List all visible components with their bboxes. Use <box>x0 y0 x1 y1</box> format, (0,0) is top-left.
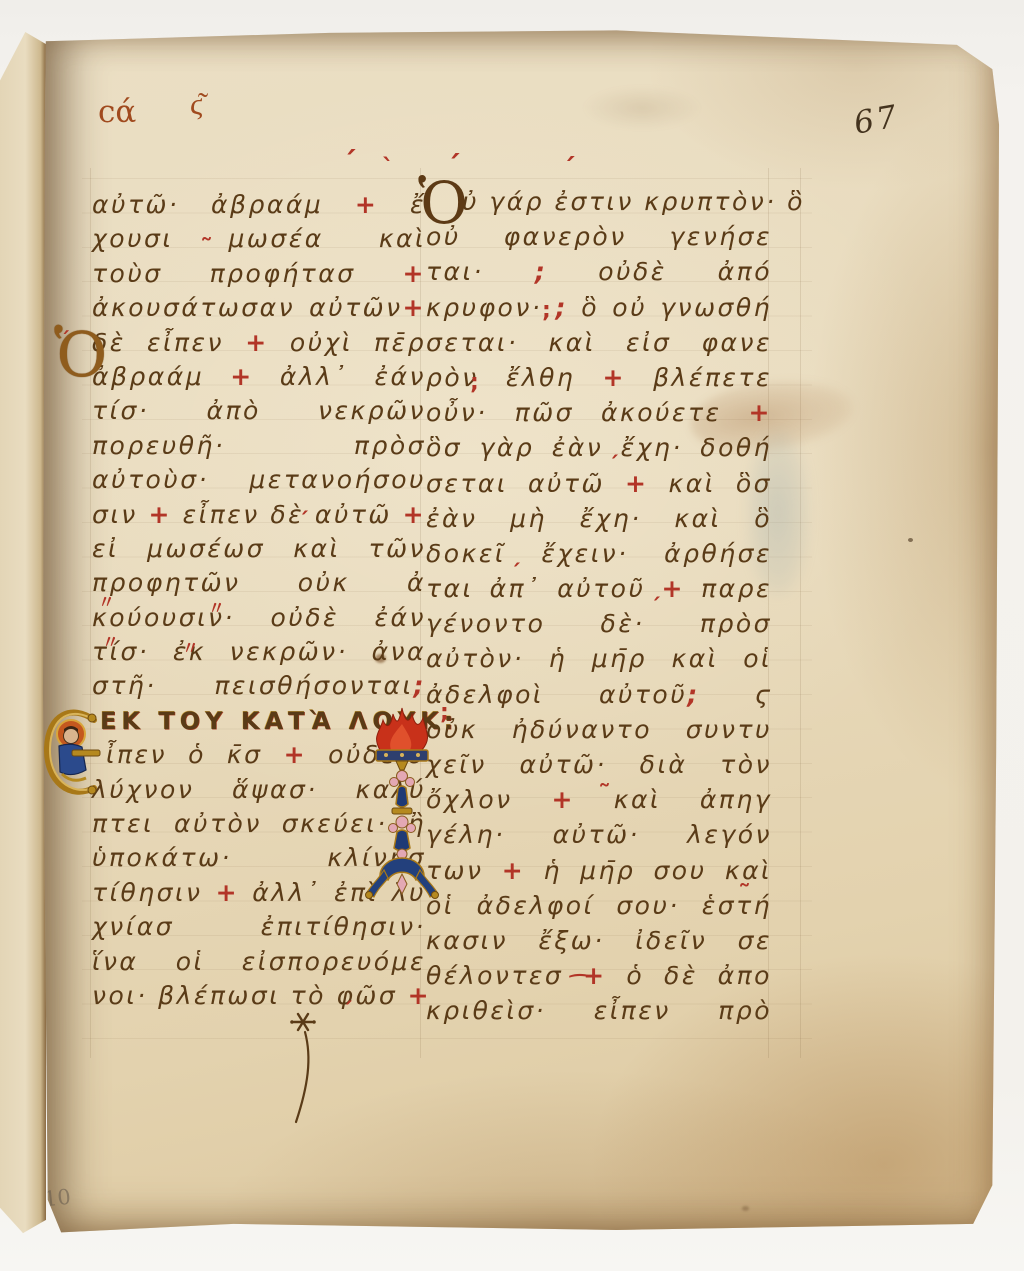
ink-text: οὐ φανερὸν γενήσε <box>426 222 772 251</box>
text-line: αὐτῶ· ἀβραάμ + ἔ <box>92 188 426 222</box>
quire-mark-left: ϲά <box>98 94 136 130</box>
text-line: τίσ· ἐκ νεκρῶν· ἀνα <box>92 635 426 669</box>
text-line: ὄχλον + καὶ ἀπηγ <box>426 782 772 817</box>
ink-text: θέλοντεσ <box>426 961 583 990</box>
ink-text: ἀκουσάτωσαν αὐτῶν <box>92 293 403 322</box>
text-line: αὐτὸν· ἡ μη̄ρ καὶ οἱ <box>426 641 772 676</box>
red-lection-mark: ˊ <box>342 146 357 181</box>
ink-text: ἡ μη̄ρ σου καὶ <box>525 856 772 885</box>
text-line: ὐ γάρ ἐστιν κρυπτὸν· ὃ <box>426 184 772 219</box>
face <box>64 729 79 744</box>
ink-text: ὃ οὐ γνωσθή <box>568 293 772 322</box>
ink-text: ἐὰν μὴ ἔχη· καὶ ὃ <box>426 504 772 533</box>
ink-text: ὁ δὲ ἀπο <box>607 961 772 990</box>
rubric-mark: + <box>403 293 426 322</box>
ink-text: αὐτὸν· ἡ μη̄ρ καὶ οἱ <box>426 644 772 673</box>
ink-text: ὃσ γὰρ ἐὰν ἔχη· δοθή <box>426 433 772 462</box>
text-line: τοὺσ προφήτασ + <box>92 257 426 291</box>
text-column-right: ὐ γάρ ἐστιν κρυπτὸν· ὃοὐ φανερὸν γενήσετ… <box>426 184 772 1029</box>
text-line: οὐ φανερὸν γενήσε <box>426 219 772 254</box>
speck <box>908 538 913 542</box>
lampstand-with-flame <box>358 704 446 902</box>
manuscript-page: ϲά ϛ͂ 67 10 αὐτῶ· ἀβραάμ + ἔχουσι μωσέα … <box>42 28 1000 1236</box>
speck <box>742 1206 749 1211</box>
ink-text: σεται αὐτῶ <box>426 469 625 498</box>
text-line: στῆ· πεισθήσονται; <box>92 669 426 703</box>
candlestick-ornament <box>358 704 446 906</box>
text-line: κρυφον· ; ὃ οὐ γνωσθή <box>426 290 772 325</box>
text-line: ἀδελφοὶ αὐτοῦ; ϛ <box>426 677 772 712</box>
ink-text: τοὺσ προφήτασ <box>92 259 403 288</box>
facing-page-edge <box>0 26 46 1238</box>
red-lection-mark: ˊ <box>562 152 576 185</box>
text-line: προφητῶν οὐκ ἀ <box>92 566 426 600</box>
scribal-flourish <box>280 1010 328 1132</box>
ink-text: αὐτῶ· ἀβραάμ <box>92 190 355 219</box>
blue-robe <box>59 744 86 774</box>
pencil-number: 10 <box>43 1185 72 1212</box>
text-line: θέλοντεσ + ὁ δὲ ἀπο <box>426 958 772 993</box>
text-line: γέλη· αὐτῶ· λεγόν <box>426 817 772 852</box>
text-line: ἀκουσάτωσαν αὐτῶν+ <box>92 291 426 325</box>
text-line: των + ἡ μη̄ρ σου καὶ <box>426 853 772 888</box>
ink-text: ἀδελφοὶ αὐτοῦ <box>426 680 687 709</box>
illuminated-initial-epsilon <box>42 706 104 808</box>
text-line: ρὸν ἔλθη + βλέπετε <box>426 360 772 395</box>
text-line: χεῖν αὐτῶ· διὰ τὸν <box>426 747 772 782</box>
stem-baluster <box>396 786 408 807</box>
rubric-mark: + <box>602 363 625 392</box>
rubric-mark: + <box>625 469 648 498</box>
ink-text: ἀβραάμ <box>92 362 230 391</box>
ink-text: χνίασ ἐπιτίθησιν· <box>92 912 426 941</box>
ink-text: χουσι μωσέα καὶ <box>92 224 426 253</box>
red-lection-mark: ˋ <box>382 154 394 182</box>
text-line: κούουσιν· οὐδὲ ἐάν <box>92 601 426 635</box>
ink-text: κρυφον· <box>426 293 556 322</box>
rubric-mark: ; <box>556 293 569 322</box>
rubric-mark: + <box>502 856 525 885</box>
rubric-mark: + <box>149 500 172 529</box>
ink-text: τίθησιν <box>92 878 216 907</box>
ink-text: τίσ· ἐκ νεκρῶν· ἀνα <box>92 637 426 666</box>
ink-text: αὐτοὺσ· μετανοήσου <box>92 465 426 494</box>
text-line: ἵνα οἱ εἰσπορευόμε <box>92 945 426 979</box>
text-line: δοκεῖ ἔχειν· ἀρθήσε <box>426 536 772 571</box>
rubric-mark: ; <box>414 671 427 700</box>
ink-text: ρὸν ἔλθη <box>426 363 602 392</box>
text-line: οἱ ἀδελφοί σου· ἑστή <box>426 888 772 923</box>
text-line: ται· ; οὐδὲ ἀπό <box>426 254 772 289</box>
rubric-mark: + <box>583 961 606 990</box>
text-line: νοι· βλέπωσι τὸ φῶσ + <box>92 979 426 1013</box>
text-line: κασιν ἔξω· ἰδεῖν σε <box>426 923 772 958</box>
rubric-mark: ; <box>687 680 700 709</box>
rubric-mark: ; <box>535 257 548 286</box>
ink-text: ϛ <box>700 680 772 709</box>
ink-text: στῆ· πεισθήσονται <box>92 671 414 700</box>
ink-text: οὐχὶ πε̄ρ <box>269 328 426 357</box>
illuminated-epsilon-figure <box>42 706 104 804</box>
folio-number: 67 <box>851 98 902 141</box>
text-line: ἀβραάμ + ἀλλ᾽ ἐάν <box>92 360 426 394</box>
rubric-mark: + <box>230 362 253 391</box>
ink-text: εἰ μωσέωσ καὶ τῶν <box>92 534 426 563</box>
rubric-mark: + <box>662 574 685 603</box>
ink-text: ἵνα οἱ εἰσπορευόμε <box>92 947 426 976</box>
ink-text: οὐδὲ ἀπό <box>547 257 772 286</box>
ink-text: προφητῶν οὐκ ἀ <box>92 568 426 597</box>
ink-text: ὐ γάρ ἐστιν κρυπτὸν· ὃ <box>462 187 805 216</box>
ink-text: κριθεὶσ· εἶπεν πρὸ <box>426 996 772 1025</box>
ink-text: ἶπεν ὁ κ̄σ <box>106 740 284 769</box>
red-lection-mark: ˏ <box>60 310 70 334</box>
rubric-mark: + <box>403 259 426 288</box>
text-line: σεται αὐτῶ + καὶ ὃσ <box>426 466 772 501</box>
ink-text: χεῖν αὐτῶ· διὰ τὸν <box>426 750 772 779</box>
rubric-mark: + <box>216 878 239 907</box>
ink-text: βλέπετε <box>626 363 772 392</box>
ink-text: γέλη· αὐτῶ· λεγόν <box>426 820 772 849</box>
faint-stain <box>582 86 702 130</box>
ink-text: τίσ· ἀπὸ νεκρῶν <box>92 396 426 425</box>
rubric-mark: + <box>355 190 378 219</box>
ink-text: κασιν ἔξω· ἰδεῖν σε <box>426 926 772 955</box>
ruling-vertical <box>90 168 91 1058</box>
ink-text: δὲ εἶπεν <box>92 328 245 357</box>
text-line: οὐκ ἠδύναντο συντυ <box>426 712 772 747</box>
text-line: δὲ εἶπεν + οὐχὶ πε̄ρ <box>92 326 426 360</box>
asterisk-tail-flourish <box>280 1010 328 1128</box>
ink-text: καὶ ἀπηγ <box>575 785 772 814</box>
text-line: ἐὰν μὴ ἔχη· καὶ ὃ <box>426 501 772 536</box>
ink-text: ἔ <box>378 190 426 219</box>
rubric-mark: + <box>245 328 268 357</box>
ink-text: σεται· καὶ εἰσ φανε <box>426 328 772 357</box>
rubric-mark: + <box>284 740 307 769</box>
rubric-mark: + <box>403 500 426 529</box>
text-line: σιν + εἶπεν δὲ αὐτῶ + <box>92 498 426 532</box>
text-line: ται ἀπ᾽ αὐτοῦ + παρε <box>426 571 772 606</box>
ruling-vertical <box>800 168 801 1058</box>
manuscript-photo: { "page": { "folio_number": "67", "quire… <box>0 0 1024 1271</box>
ink-text: πορευθῆ· πρὸσ <box>92 431 426 460</box>
ink-text: εἶπεν δὲ αὐτῶ <box>172 500 403 529</box>
red-lection-mark: ˊ <box>446 150 461 185</box>
text-line: εἰ μωσέωσ καὶ τῶν <box>92 532 426 566</box>
ink-text: καὶ ὃσ <box>648 469 772 498</box>
text-line: οὖν· πῶσ ἀκούετε + <box>426 395 772 430</box>
ink-text: σιν <box>92 500 149 529</box>
text-line: τίσ· ἀπὸ νεκρῶν <box>92 394 426 428</box>
ink-text: δοκεῖ ἔχειν· ἀρθήσε <box>426 539 772 568</box>
text-line: αὐτοὺσ· μετανοήσου <box>92 463 426 497</box>
rubric-mark: + <box>749 398 772 427</box>
ink-text: νοι· βλέπωσι τὸ φῶσ <box>92 981 408 1010</box>
text-line: χουσι μωσέα καὶ <box>92 222 426 256</box>
rubric-mark: + <box>552 785 575 814</box>
ink-text: οὖν· πῶσ ἀκούετε <box>426 398 749 427</box>
text-line: κριθεὶσ· εἶπεν πρὸ <box>426 993 772 1028</box>
ink-text: οὐκ ἠδύναντο συντυ <box>426 715 772 744</box>
text-line: γένοντο δὲ· πρὸσ <box>426 606 772 641</box>
text-line: ὃσ γὰρ ἐὰν ἔχη· δοθή <box>426 430 772 465</box>
ink-text: ἀλλ᾽ ἐάν <box>254 362 426 391</box>
ink-text: παρε <box>685 574 772 603</box>
ink-text: γένοντο δὲ· πρὸσ <box>426 609 772 638</box>
ink-text: οἱ ἀδελφοί σου· ἑστή <box>426 891 772 920</box>
ink-text: ται ἀπ᾽ αὐτοῦ <box>426 574 662 603</box>
ink-text: κούουσιν· οὐδὲ ἐάν <box>92 603 426 632</box>
arm-bar <box>72 750 100 756</box>
text-line: χνίασ ἐπιτίθησιν· <box>92 910 426 944</box>
ink-text: ται· <box>426 257 535 286</box>
quire-mark-right: ϛ͂ <box>190 86 203 122</box>
text-line: πορευθῆ· πρὸσ <box>92 429 426 463</box>
pendant <box>397 874 407 894</box>
text-line: σεται· καὶ εἰσ φανε <box>426 325 772 360</box>
